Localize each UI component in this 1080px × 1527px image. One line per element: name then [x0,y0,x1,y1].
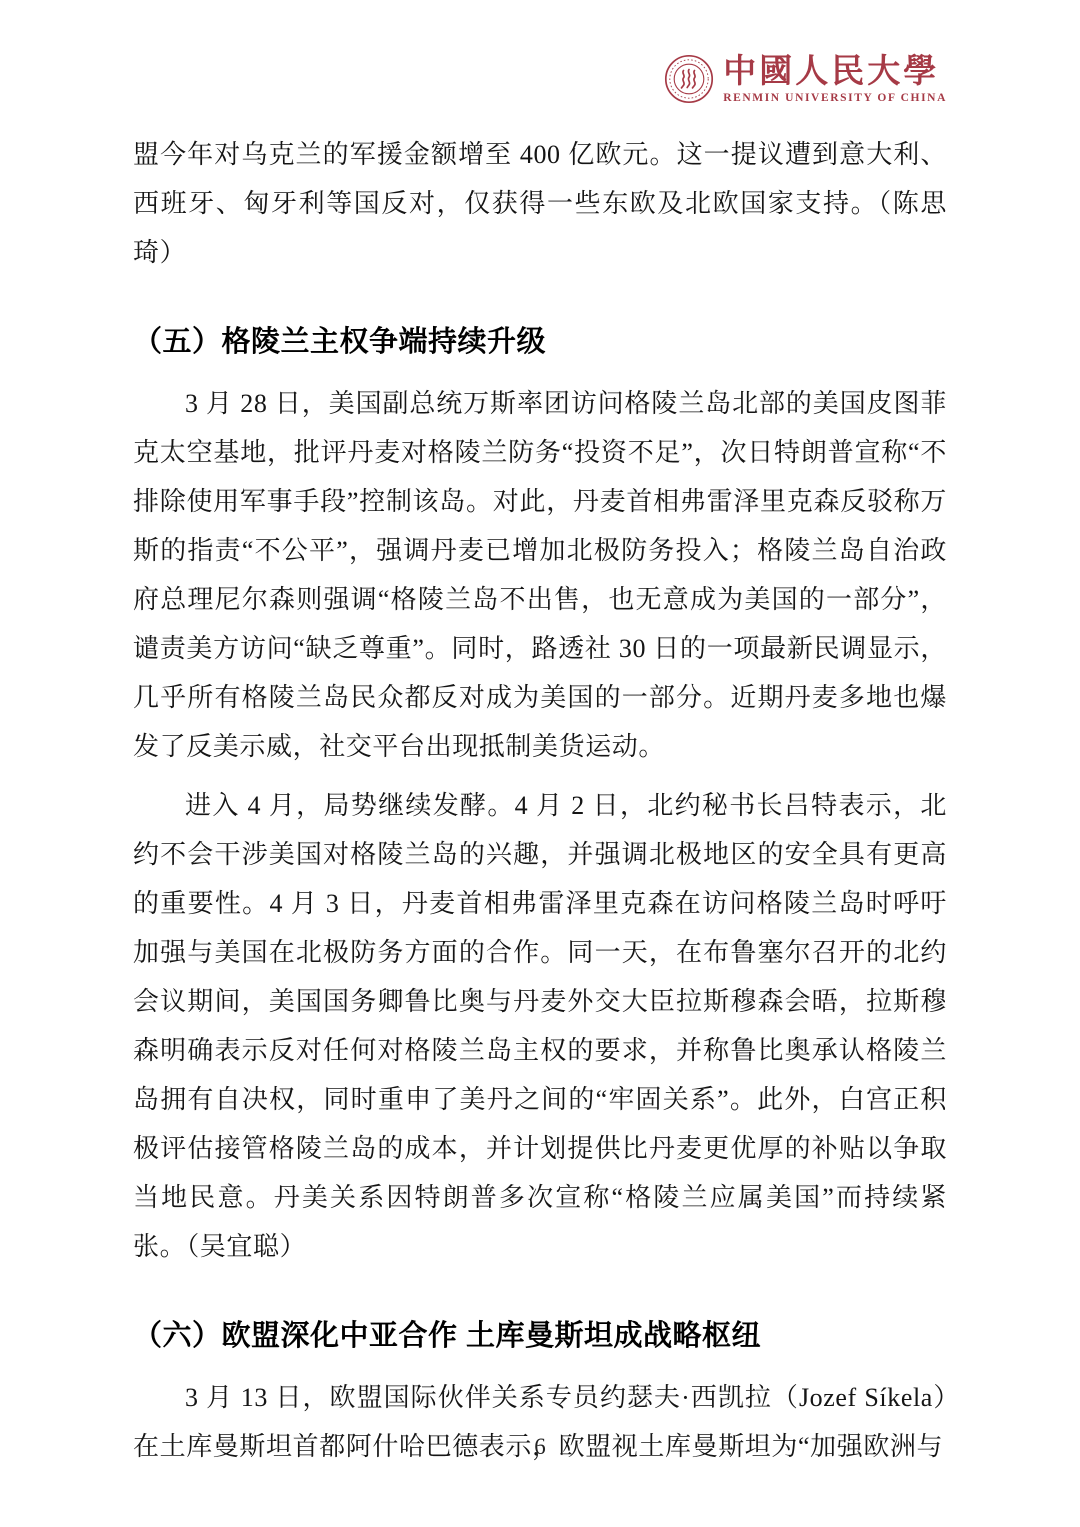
logo-wordmark: 中國人民大學 RENMIN UNIVERSITY OF CHINA [723,54,947,104]
body-paragraph-continuation: 盟今年对乌克兰的军援金额增至 400 亿欧元。这一提议遭到意大利、西班牙、匈牙利… [133,130,947,277]
university-logo: 中國人民大學 RENMIN UNIVERSITY OF CHINA [664,54,947,104]
logo-english-name: RENMIN UNIVERSITY OF CHINA [723,92,947,104]
document-body: 盟今年对乌克兰的军援金额增至 400 亿欧元。这一提议遭到意大利、西班牙、匈牙利… [133,130,947,1481]
page-number: 6 [0,1432,1080,1462]
body-paragraph: 3 月 28 日，美国副总统万斯率团访问格陵兰岛北部的美国皮图菲克太空基地，批评… [133,379,947,771]
document-page: 中國人民大學 RENMIN UNIVERSITY OF CHINA 盟今年对乌克… [0,0,1080,1527]
section-heading-6: （六）欧盟深化中亚合作 土库曼斯坦成战略枢纽 [133,1316,947,1356]
section-heading-5: （五）格陵兰主权争端持续升级 [133,322,947,362]
logo-chinese-name: 中國人民大學 [723,54,947,90]
body-paragraph: 进入 4 月，局势继续发酵。4 月 2 日，北约秘书长吕特表示，北约不会干涉美国… [133,781,947,1271]
university-seal-icon [664,54,714,104]
